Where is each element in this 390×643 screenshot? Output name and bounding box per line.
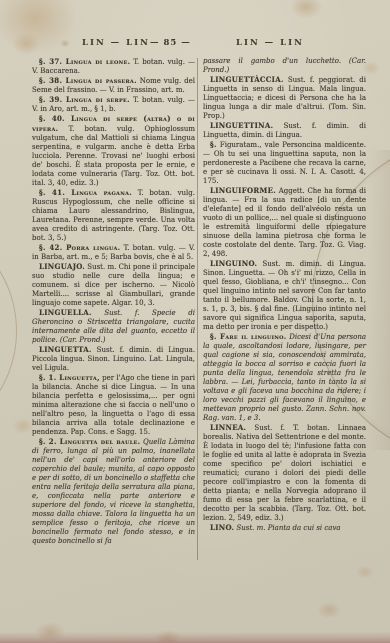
page-bottom-edge	[0, 632, 390, 643]
dictionary-entry: LINGUINO. Sust. m. dimin. di Lingua. Sin…	[203, 259, 366, 332]
scanned-book-page: LIN — LIN — 85 — LIN — LIN §. 37. Lingua…	[0, 0, 390, 643]
dictionary-entry: passare il gambo d'un lucchetto. (Car. P…	[203, 57, 366, 75]
dictionary-entry: LINO. Sust. m. Pianta da cui si cava	[203, 523, 366, 533]
entry-body: Sust. f. T. botan. Linnaea borealis. Nat…	[203, 424, 366, 522]
dictionary-entry: §. 38. Lingua di passera. Nome vulg. del…	[32, 76, 195, 95]
dictionary-entry: LINGUAJO. Sust. m. Chi pone il principal…	[32, 262, 195, 308]
page-edge-shadow	[368, 150, 390, 450]
dictionary-entry: §. 1. Linguetta, per l'Ago che tiene in …	[32, 373, 195, 437]
entry-headword: LINGUIFORME.	[210, 186, 276, 195]
entry-headword: LINGUETTINA.	[210, 121, 273, 130]
entry-headword: §. 37. Lingua di leone.	[39, 57, 130, 66]
entry-headword: §. 42. Porra lingua.	[39, 243, 120, 252]
foxing-stain	[148, 626, 188, 643]
column-divider-rule	[197, 58, 198, 560]
right-column: passare il gambo d'un lucchetto. (Car. P…	[203, 57, 366, 533]
dictionary-entry: LINGUETTINA. Sust. f. dimin. di Linguett…	[203, 121, 366, 140]
dictionary-entry: LINGUETTÀCCIA. Sust. f. peggiorat. di Li…	[203, 75, 366, 121]
entry-body: T. botan. vulg. Ophioglossum vulgatum, c…	[32, 125, 195, 187]
foxing-stain	[352, 562, 378, 582]
entry-headword: §. 39. Lingua di serpe.	[39, 95, 130, 104]
entry-headword: LINGUETTA.	[39, 345, 92, 354]
dictionary-entry: LINGUELLA. Sust. f. Specie di Gheroncino…	[32, 308, 195, 345]
entry-body: passare il gambo d'un lucchetto. (Car. P…	[203, 57, 366, 74]
dictionary-entry: §. Fare il linguino. Dicesi d'Una person…	[203, 332, 366, 423]
entry-body: Sust. m. dimin. di Lingua. Sinon. Lingue…	[203, 260, 366, 331]
entry-headword: §. 41. Lingua pagana.	[39, 188, 132, 197]
entry-headword: LINGUETTÀCCIA.	[210, 75, 284, 84]
entry-headword: §.	[210, 140, 217, 149]
entry-body: Aggett. Che ha forma di lingua. — Fra la…	[203, 187, 366, 258]
entry-headword: LINNEA.	[210, 423, 246, 432]
dictionary-entry: §. 39. Lingua di serpe. T. botan. vulg. …	[32, 95, 195, 114]
entry-headword: LINO.	[210, 523, 234, 532]
foxing-stain	[283, 0, 329, 24]
entry-body: Dicesi d'Una persona la quale, ascoltand…	[203, 333, 366, 422]
entry-headword: LINGUELLA.	[39, 308, 92, 317]
entry-headword: §. 1. Linguetta,	[39, 373, 100, 382]
dictionary-entry: §. 40. Lingua di serpe (altra) o di vipe…	[32, 114, 195, 188]
entry-headword: §. Fare il linguino.	[210, 332, 286, 341]
dictionary-entry: LINGUIFORME. Aggett. Che ha forma di lin…	[203, 186, 366, 259]
running-head: LIN — LIN — 85 — LIN — LIN	[0, 38, 390, 54]
running-head-right: LIN — LIN	[236, 38, 304, 48]
entry-headword: LINGUINO.	[210, 259, 257, 268]
entry-headword: §. 38. Lingua di passera.	[39, 76, 137, 85]
dictionary-entry: §. 42. Porra lingua. T. botan. vulg. — V…	[32, 243, 195, 262]
entry-body: per l'Ago che tiene in pari la bilancia.…	[32, 374, 195, 436]
running-head-left: LIN — LIN	[82, 38, 150, 48]
foxing-stain	[312, 598, 346, 622]
circular-stain-ring	[0, 215, 17, 447]
page-number: — 85 —	[150, 38, 191, 48]
dictionary-entry: §. Figuratam., vale Personcina maldicent…	[203, 140, 366, 186]
entry-headword: §. 2. Linguetta del baule.	[39, 437, 140, 446]
entry-headword: LINGUAJO.	[39, 262, 85, 271]
left-column: §. 37. Lingua di leone. T. botan. vulg. …	[32, 57, 195, 546]
entry-body: Quella Làmina di ferro, lunga al più un …	[32, 438, 195, 545]
dictionary-entry: LINNEA. Sust. f. T. botan. Linnaea borea…	[203, 423, 366, 523]
entry-body: Sust. m. Pianta da cui si cava	[236, 524, 340, 532]
dictionary-entry: §. 37. Lingua di leone. T. botan. vulg. …	[32, 57, 195, 76]
dictionary-entry: §. 2. Linguetta del baule. Quella Làmina…	[32, 437, 195, 546]
dictionary-entry: §. 41. Lingua pagana. T. botan. vulg. Ru…	[32, 188, 195, 243]
dictionary-entry: LINGUETTA. Sust. f. dimin. di Lingua. Pi…	[32, 345, 195, 373]
entry-body: Figuratam., vale Personcina maldicente. …	[203, 141, 366, 185]
foxing-stain	[28, 618, 72, 643]
